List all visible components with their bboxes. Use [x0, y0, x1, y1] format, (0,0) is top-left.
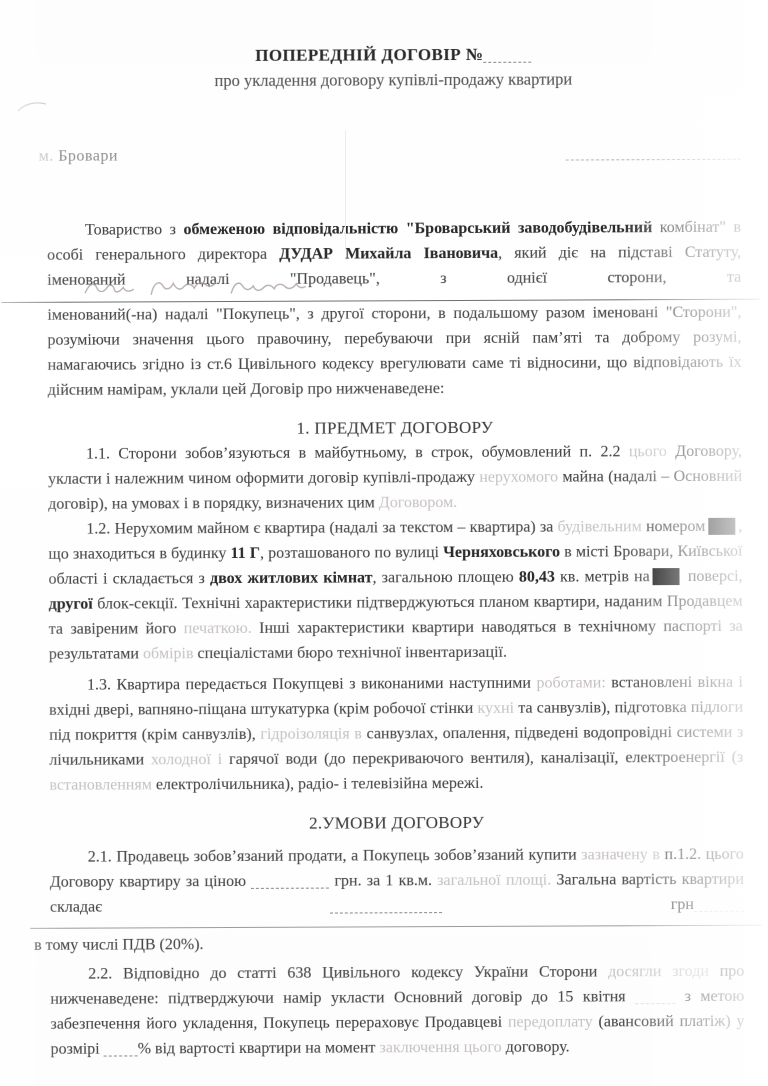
document-subtitle: про укладення договору купівлі-продажу к… — [46, 66, 740, 94]
document-scan: ПОПЕРЕДНІЙ ДОГОВІР № про укладення догов… — [0, 0, 768, 1062]
blank-fill-line — [483, 49, 531, 63]
date-blank-line — [566, 147, 741, 161]
redaction-box — [653, 568, 680, 585]
vat-note: в тому числі ПДВ (20%). — [34, 930, 744, 958]
fill-in-rule-line — [30, 925, 762, 929]
redaction-box — [708, 518, 735, 535]
document-title: ПОПЕРЕДНІЙ ДОГОВІР № — [46, 41, 740, 69]
scanned-contract-page: { "document": { "title": [ {"t": "ПОПЕРЕ… — [0, 0, 768, 1086]
spacer — [47, 163, 741, 218]
clause-1-2: 1.2. Нерухомим майном є квартира (надалі… — [48, 514, 743, 667]
blank-fill-line — [251, 875, 329, 889]
section-1-heading: 1. ПРЕДМЕТ ДОГОВОРУ — [48, 414, 742, 442]
blank-fill-line — [694, 898, 744, 912]
section-2-heading: 2.УМОВИ ДОГОВОРУ — [50, 809, 744, 837]
clause-2-1: 2.1. Продавець зобов’язаний продати, а П… — [50, 842, 744, 920]
clause-2-2: 2.2. Відповідно до статті 638 Цивільного… — [50, 959, 744, 1062]
blank-fill-line — [104, 1042, 138, 1056]
clause-1-1: 1.1. Сторони зобов’язуються в майбутньом… — [48, 439, 742, 517]
city-label: м. Бровари — [39, 147, 118, 165]
scan-fold-artifact — [345, 130, 346, 250]
blank-fill-line — [330, 899, 442, 913]
blank-fill-line — [635, 990, 675, 1004]
clause-1-3: 1.3. Квартира передається Покупцеві з ви… — [49, 670, 744, 798]
handwritten-name-scribble — [79, 272, 309, 303]
intro-paragraph-buyer: іменований(-на) надалі "Покупець", з дру… — [47, 300, 741, 403]
pencil-mark-artifact — [14, 96, 54, 118]
